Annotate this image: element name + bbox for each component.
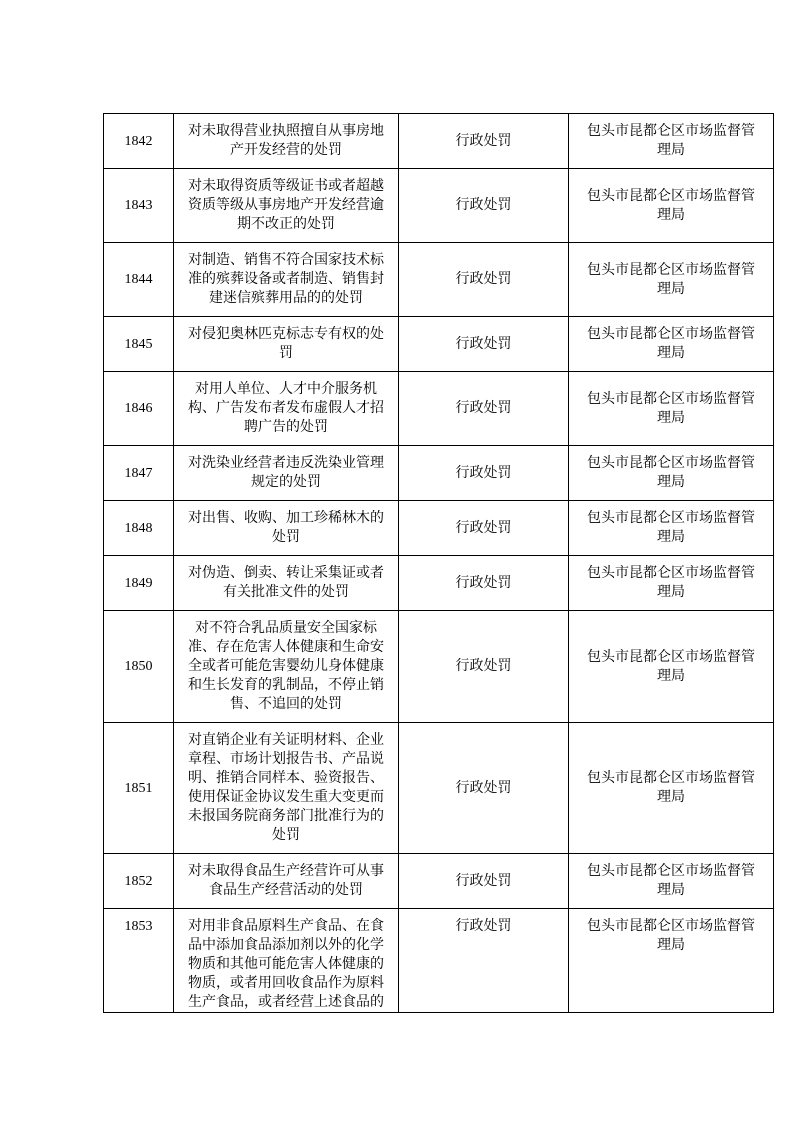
item-number-cell: 1845 xyxy=(104,317,174,372)
table-row: 1842 对未取得营业执照擅自从事房地产开发经营的处罚 行政处罚 包头市昆都仑区… xyxy=(104,114,774,169)
penalty-type-cell: 行政处罚 xyxy=(399,243,569,317)
document-page: 1842 对未取得营业执照擅自从事房地产开发经营的处罚 行政处罚 包头市昆都仑区… xyxy=(0,0,793,1122)
authority-cell: 包头市昆都仑区市场监督管理局 xyxy=(569,556,774,611)
item-number-cell: 1842 xyxy=(104,114,174,169)
table-row: 1848 对出售、收购、加工珍稀林木的处罚 行政处罚 包头市昆都仑区市场监督管理… xyxy=(104,501,774,556)
item-number-cell: 1843 xyxy=(104,169,174,243)
penalty-type-cell: 行政处罚 xyxy=(399,169,569,243)
item-number-cell: 1851 xyxy=(104,723,174,854)
authority-cell: 包头市昆都仑区市场监督管理局 xyxy=(569,723,774,854)
table-row: 1851 对直销企业有关证明材料、企业章程、市场计划报告书、产品说明、推销合同样… xyxy=(104,723,774,854)
item-number-cell: 1847 xyxy=(104,446,174,501)
table-row: 1847 对洗染业经营者违反洗染业管理规定的处罚 行政处罚 包头市昆都仑区市场监… xyxy=(104,446,774,501)
table-row: 1846 对用人单位、人才中介服务机构、广告发布者发布虚假人才招聘广告的处罚 行… xyxy=(104,372,774,446)
penalty-matter-cell: 对伪造、倒卖、转让采集证或者有关批准文件的处罚 xyxy=(174,556,399,611)
table-row: 1852 对未取得食品生产经营许可从事食品生产经营活动的处罚 行政处罚 包头市昆… xyxy=(104,854,774,909)
item-number-cell: 1852 xyxy=(104,854,174,909)
table-row-page-break: 1853 对用非食品原料生产食品、在食品中添加食品添加剂以外的化学物质和其他可能… xyxy=(104,909,774,1013)
penalty-matter-cell: 对用人单位、人才中介服务机构、广告发布者发布虚假人才招聘广告的处罚 xyxy=(174,372,399,446)
penalty-type-cell: 行政处罚 xyxy=(399,854,569,909)
penalty-type-cell: 行政处罚 xyxy=(399,372,569,446)
item-number-cell: 1846 xyxy=(104,372,174,446)
penalty-type-cell: 行政处罚 xyxy=(399,501,569,556)
authority-cell: 包头市昆都仑区市场监督管理局 xyxy=(569,854,774,909)
table-row: 1844 对制造、销售不符合国家技术标准的殡葬设备或者制造、销售封建迷信殡葬用品… xyxy=(104,243,774,317)
penalty-matter-cell: 对洗染业经营者违反洗染业管理规定的处罚 xyxy=(174,446,399,501)
penalty-type-cell: 行政处罚 xyxy=(399,446,569,501)
penalty-matter-cell: 对不符合乳品质量安全国家标准、存在危害人体健康和生命安全或者可能危害婴幼儿身体健… xyxy=(174,611,399,723)
authority-cell: 包头市昆都仑区市场监督管理局 xyxy=(569,169,774,243)
penalty-type-cell: 行政处罚 xyxy=(399,114,569,169)
authority-cell: 包头市昆都仑区市场监督管理局 xyxy=(569,317,774,372)
penalty-type-cell: 行政处罚 xyxy=(399,556,569,611)
penalty-type-cell: 行政处罚 xyxy=(399,909,569,1013)
penalty-items-table: 1842 对未取得营业执照擅自从事房地产开发经营的处罚 行政处罚 包头市昆都仑区… xyxy=(103,113,774,1013)
authority-cell: 包头市昆都仑区市场监督管理局 xyxy=(569,611,774,723)
item-number-cell: 1850 xyxy=(104,611,174,723)
table-row: 1845 对侵犯奥林匹克标志专有权的处罚 行政处罚 包头市昆都仑区市场监督管理局 xyxy=(104,317,774,372)
authority-cell: 包头市昆都仑区市场监督管理局 xyxy=(569,372,774,446)
penalty-matter-cell: 对出售、收购、加工珍稀林木的处罚 xyxy=(174,501,399,556)
item-number-cell: 1848 xyxy=(104,501,174,556)
penalty-matter-cell: 对侵犯奥林匹克标志专有权的处罚 xyxy=(174,317,399,372)
penalty-matter-cell: 对未取得食品生产经营许可从事食品生产经营活动的处罚 xyxy=(174,854,399,909)
penalty-type-cell: 行政处罚 xyxy=(399,317,569,372)
penalty-matter-cell: 对直销企业有关证明材料、企业章程、市场计划报告书、产品说明、推销合同样本、验资报… xyxy=(174,723,399,854)
table-row: 1850 对不符合乳品质量安全国家标准、存在危害人体健康和生命安全或者可能危害婴… xyxy=(104,611,774,723)
penalty-matter-cell: 对用非食品原料生产食品、在食品中添加食品添加剂以外的化学物质和其他可能危害人体健… xyxy=(174,909,399,1013)
table-row: 1849 对伪造、倒卖、转让采集证或者有关批准文件的处罚 行政处罚 包头市昆都仑… xyxy=(104,556,774,611)
authority-cell: 包头市昆都仑区市场监督管理局 xyxy=(569,114,774,169)
table-row: 1843 对未取得资质等级证书或者超越资质等级从事房地产开发经营逾期不改正的处罚… xyxy=(104,169,774,243)
item-number-cell: 1849 xyxy=(104,556,174,611)
penalty-type-cell: 行政处罚 xyxy=(399,611,569,723)
item-number-cell: 1844 xyxy=(104,243,174,317)
penalty-matter-cell: 对未取得营业执照擅自从事房地产开发经营的处罚 xyxy=(174,114,399,169)
authority-cell: 包头市昆都仑区市场监督管理局 xyxy=(569,909,774,1013)
penalty-matter-cell: 对制造、销售不符合国家技术标准的殡葬设备或者制造、销售封建迷信殡葬用品的的处罚 xyxy=(174,243,399,317)
penalty-matter-cell: 对未取得资质等级证书或者超越资质等级从事房地产开发经营逾期不改正的处罚 xyxy=(174,169,399,243)
authority-cell: 包头市昆都仑区市场监督管理局 xyxy=(569,243,774,317)
authority-cell: 包头市昆都仑区市场监督管理局 xyxy=(569,501,774,556)
authority-cell: 包头市昆都仑区市场监督管理局 xyxy=(569,446,774,501)
item-number-cell: 1853 xyxy=(104,909,174,1013)
penalty-type-cell: 行政处罚 xyxy=(399,723,569,854)
